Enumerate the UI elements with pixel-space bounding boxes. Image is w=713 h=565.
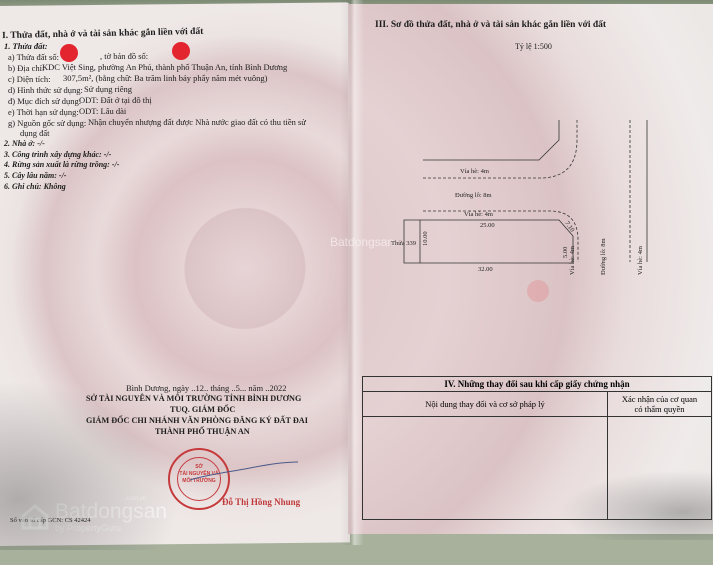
usage-form-value: Sử dụng riêng bbox=[84, 84, 132, 94]
purpose-value: ODT: Đất ở tại đô thị bbox=[79, 95, 152, 105]
map-scale: Tỷ lệ 1:500 bbox=[515, 42, 552, 52]
parcel-diagram: Vỉa hè: 4m Đường lô: 8m Vỉa hè: 4m 25.00… bbox=[360, 90, 713, 300]
item-house: 2. Nhà ở: -/- bbox=[4, 139, 45, 149]
redaction-map-sheet bbox=[172, 42, 190, 60]
item-notes: 6. Ghi chú: Không bbox=[4, 182, 66, 192]
term-value: ODT: Lâu dài bbox=[79, 106, 126, 116]
address-value: KDC Việt Sing, phường An Phú, thành phố … bbox=[42, 62, 287, 72]
area-value: 307,5m², (bằng chữ: Ba trăm linh bảy phẩ… bbox=[63, 73, 268, 83]
term-label: e) Thời hạn sử dụng: bbox=[8, 107, 79, 117]
item-production-forest: 4. Rừng sản xuất là rừng trồng: -/- bbox=[4, 160, 119, 170]
redaction-parcel-no bbox=[60, 44, 78, 62]
label-neighbor-parcel: Thửa 339 bbox=[391, 240, 416, 247]
photo-shadow-right bbox=[560, 470, 713, 540]
changes-table-header: Nội dung thay đổi và cơ sở pháp lý Xác n… bbox=[363, 392, 711, 417]
item-perennial-trees: 5. Cây lâu năm: -/- bbox=[4, 171, 66, 181]
signature-stroke bbox=[190, 460, 300, 490]
header-authority-confirmation: Xác nhận của cơ quancó thẩm quyền bbox=[607, 392, 711, 416]
photo-shadow-left bbox=[0, 380, 180, 550]
land-heading: 1. Thửa đất: bbox=[4, 41, 48, 51]
map-sheet-label: , tờ bản đồ số: bbox=[100, 51, 148, 61]
section-title-diagram: III. Sơ đồ thửa đất, nhà ở và tài sản kh… bbox=[375, 20, 606, 30]
label-sidewalk-mid: Vỉa hè: 4m bbox=[464, 211, 493, 218]
label-edge-top: 25.00 bbox=[480, 222, 495, 229]
origin-label: g) Nguồn gốc sử dụng: bbox=[8, 118, 86, 128]
label-road-top: Đường lô: 8m bbox=[455, 192, 492, 199]
changes-table-title: IV. Những thay đổi sau khi cấp giấy chứn… bbox=[363, 377, 711, 392]
signer-name: Đỗ Thị Hồng Nhung bbox=[222, 497, 300, 507]
purpose-label: đ) Mục đích sử dụng: bbox=[8, 96, 81, 106]
redaction-faint bbox=[527, 280, 549, 302]
label-sidewalk-right-2: Vỉa hè: 4m bbox=[637, 246, 644, 275]
header-change-content: Nội dung thay đổi và cơ sở pháp lý bbox=[363, 392, 607, 416]
origin-value-line2: dụng đất bbox=[20, 128, 50, 138]
item-other-construction: 3. Công trình xây dựng khác: -/- bbox=[4, 150, 111, 160]
label-road-right: Đường lô: 8m bbox=[600, 238, 607, 275]
label-edge-bottom: 32.00 bbox=[478, 266, 493, 273]
parcel-no-label: a) Thửa đất số: bbox=[8, 52, 59, 62]
label-edge-right: 5.00 bbox=[562, 247, 569, 258]
label-edge-left: 10.00 bbox=[422, 231, 429, 246]
usage-form-label: d) Hình thức sử dụng: bbox=[8, 85, 83, 95]
area-label: c) Diện tích: bbox=[8, 74, 50, 84]
origin-value-line1: Nhận chuyển nhượng đất được Nhà nước gia… bbox=[88, 117, 306, 127]
label-sidewalk-right-1: Vỉa hè: 4m bbox=[569, 246, 576, 275]
address-label: b) Địa chỉ: bbox=[8, 63, 44, 73]
label-sidewalk-top: Vỉa hè: 4m bbox=[460, 168, 489, 175]
